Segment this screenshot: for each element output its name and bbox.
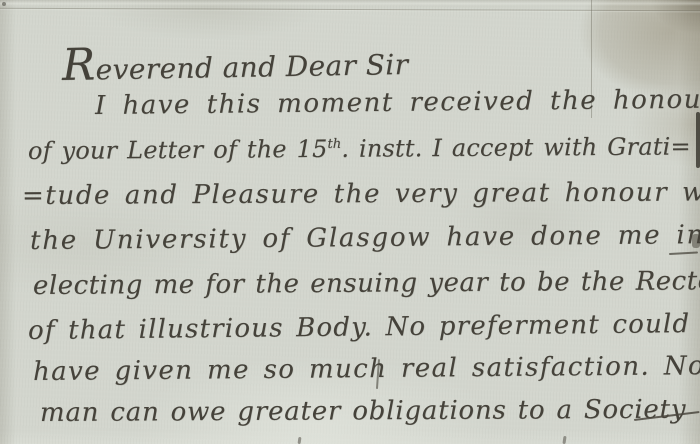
letter-line-3-pre: of your Letter of the 15: [28, 135, 328, 165]
ordinal-superscript: th: [327, 137, 341, 152]
letter-line-8: have given me so much real satisfaction.…: [33, 352, 700, 386]
ink-speck-top-left: [2, 2, 6, 6]
letter-line-3-post: . instt. I accept with Grati=: [341, 132, 691, 162]
fold-crease-middle: [0, 0, 700, 6]
letter-line-2: I have this moment received the honour: [95, 85, 700, 120]
letter-line-5: the University of Glasgow have done me i…: [30, 221, 700, 255]
line-filler-stroke: [669, 251, 698, 255]
letter-line-9: man can owe greater obligations to a Soc…: [40, 396, 686, 428]
letter-line-4: =tude and Pleasure the very great honour…: [22, 178, 700, 210]
edge-ink-mark-right: [696, 112, 700, 168]
letter-line-6: electing me for the ensuing year to be t…: [33, 267, 700, 300]
letter-line-7: of that illustrious Body. No preferment …: [28, 310, 691, 346]
letter-page: Reverend and Dear Sir I have this moment…: [0, 0, 700, 444]
letter-line-3: of your Letter of the 15th. instt. I acc…: [28, 133, 691, 164]
salutation-line: Reverend and Dear Sir: [62, 36, 409, 90]
next-line-partial-stroke: [298, 437, 302, 444]
fold-crease-top: [0, 8, 700, 11]
next-line-partial-stroke: [562, 436, 566, 444]
